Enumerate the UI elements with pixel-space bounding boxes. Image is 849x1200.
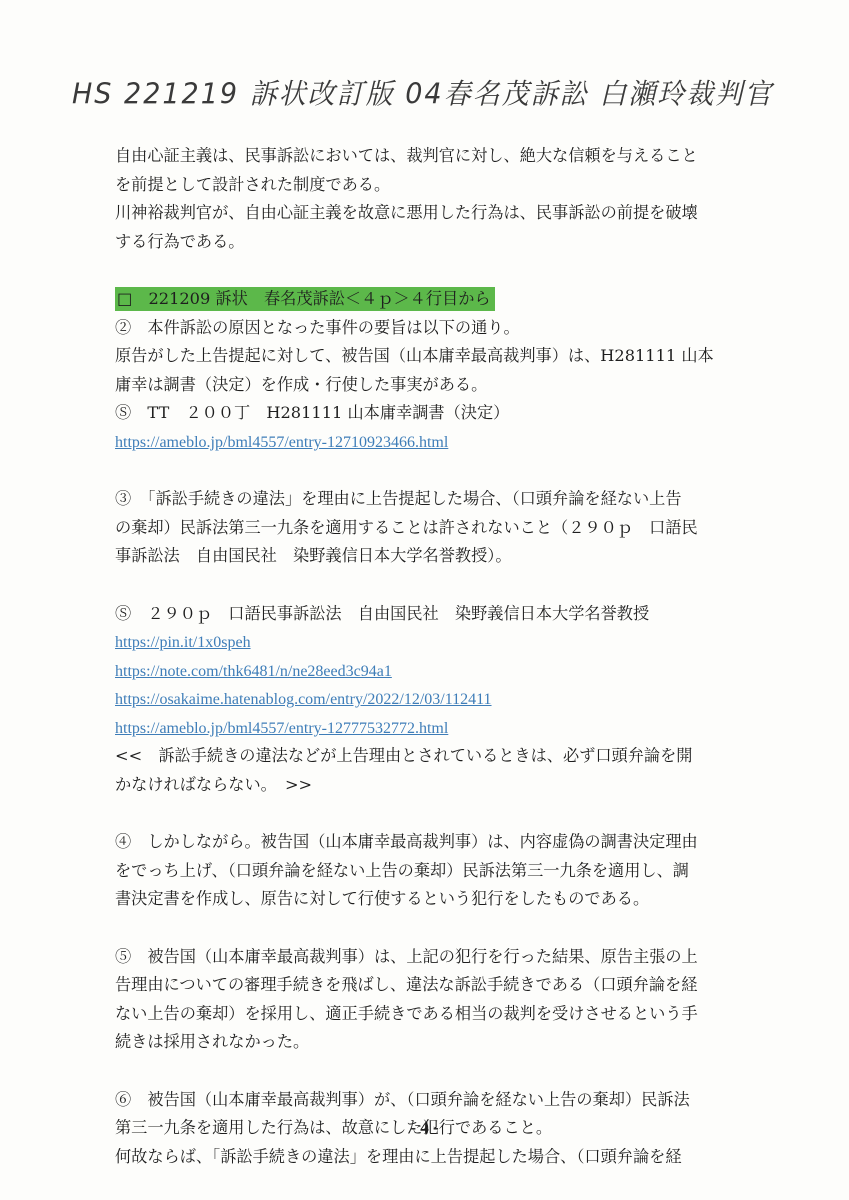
page-number: - 4 - bbox=[0, 1118, 849, 1138]
quote-line: << 訴訟手続きの違法などが上告理由とされているときは、必ず口頭弁論を開 bbox=[115, 742, 780, 771]
pinit-link[interactable]: https://pin.it/1x0speh bbox=[115, 634, 251, 651]
section4-line: ④ しかしながら。被告国（山本庸幸最高裁判事）は、内容虚偽の調書決定理由 bbox=[115, 828, 780, 857]
section4-line: 書決定書を作成し、原告に対して行使するという犯行をしたものである。 bbox=[115, 885, 780, 914]
highlighted-heading: □ 221209 訴状 春名茂訴訟＜４ｐ＞４行目から bbox=[115, 287, 495, 311]
section6-line: ⑥ 被告国（山本庸幸最高裁判事）が、（口頭弁論を経ない上告の棄却）民訴法 bbox=[115, 1086, 780, 1115]
intro-line: 自由心証主義は、民事訴訟においては、裁判官に対し、絶大な信頼を与えること bbox=[115, 142, 780, 171]
section3-line: ③ 「訴訟手続きの違法」を理由に上告提起した場合、（口頭弁論を経ない上告 bbox=[115, 485, 780, 514]
section2-line: Ⓢ TT ２００丁 H281111 山本庸幸調書（決定） bbox=[115, 399, 780, 428]
section5-line: 告理由についての審理手続きを飛ばし、違法な訴訟手続きである（口頭弁論を経 bbox=[115, 971, 780, 1000]
section3-line: の棄却）民訴法第三一九条を適用することは許されないこと（２９０ｐ 口語民 bbox=[115, 514, 780, 543]
intro-line: を前提として設計された制度である。 bbox=[115, 171, 780, 200]
intro-line: する行為である。 bbox=[115, 228, 780, 257]
section3-line: 事訴訟法 自由国民社 染野義信日本大学名誉教授）。 bbox=[115, 542, 780, 571]
intro-line: 川神裕裁判官が、自由心証主義を故意に悪用した行為は、民事訴訟の前提を破壊 bbox=[115, 199, 780, 228]
note-link[interactable]: https://note.com/thk6481/n/ne28eed3c94a1 bbox=[115, 663, 392, 680]
section5-line: 続きは採用されなかった。 bbox=[115, 1028, 780, 1057]
section5-line: ない上告の棄却）を採用し、適正手続きである相当の裁判を受けさせるという手 bbox=[115, 1000, 780, 1029]
quote-line: かなければならない。 >> bbox=[115, 771, 780, 800]
section2-line: 原告がした上告提起に対して、被告国（山本庸幸最高裁判事）は、H281111 山本 bbox=[115, 342, 780, 371]
document-body: 自由心証主義は、民事訴訟においては、裁判官に対し、絶大な信頼を与えること を前提… bbox=[115, 142, 780, 1171]
hatenablog-link[interactable]: https://osakaime.hatenablog.com/entry/20… bbox=[115, 691, 492, 708]
section4-line: をでっち上げ、（口頭弁論を経ない上告の棄却）民訴法第三一九条を適用し、調 bbox=[115, 857, 780, 886]
section6-line: 何故ならば、「訴訟手続きの違法」を理由に上告提起した場合、（口頭弁論を経 bbox=[115, 1143, 780, 1172]
section2-line: 庸幸は調書（決定）を作成・行使した事実がある。 bbox=[115, 371, 780, 400]
ameblo-link-2[interactable]: https://ameblo.jp/bml4557/entry-12777532… bbox=[115, 720, 448, 737]
ameblo-link-1[interactable]: https://ameblo.jp/bml4557/entry-12710923… bbox=[115, 434, 448, 451]
section5-line: ⑤ 被告国（山本庸幸最高裁判事）は、上記の犯行を行った結果、原告主張の上 bbox=[115, 943, 780, 972]
handwritten-title: HS 221219 訴状改訂版 04春名茂訴訟 白瀬玲裁判官 bbox=[72, 71, 773, 112]
section2-line: ② 本件訴訟の原因となった事件の要旨は以下の通り。 bbox=[115, 314, 780, 343]
source-line: Ⓢ ２９０ｐ 口語民事訴訟法 自由国民社 染野義信日本大学名誉教授 bbox=[115, 600, 780, 629]
